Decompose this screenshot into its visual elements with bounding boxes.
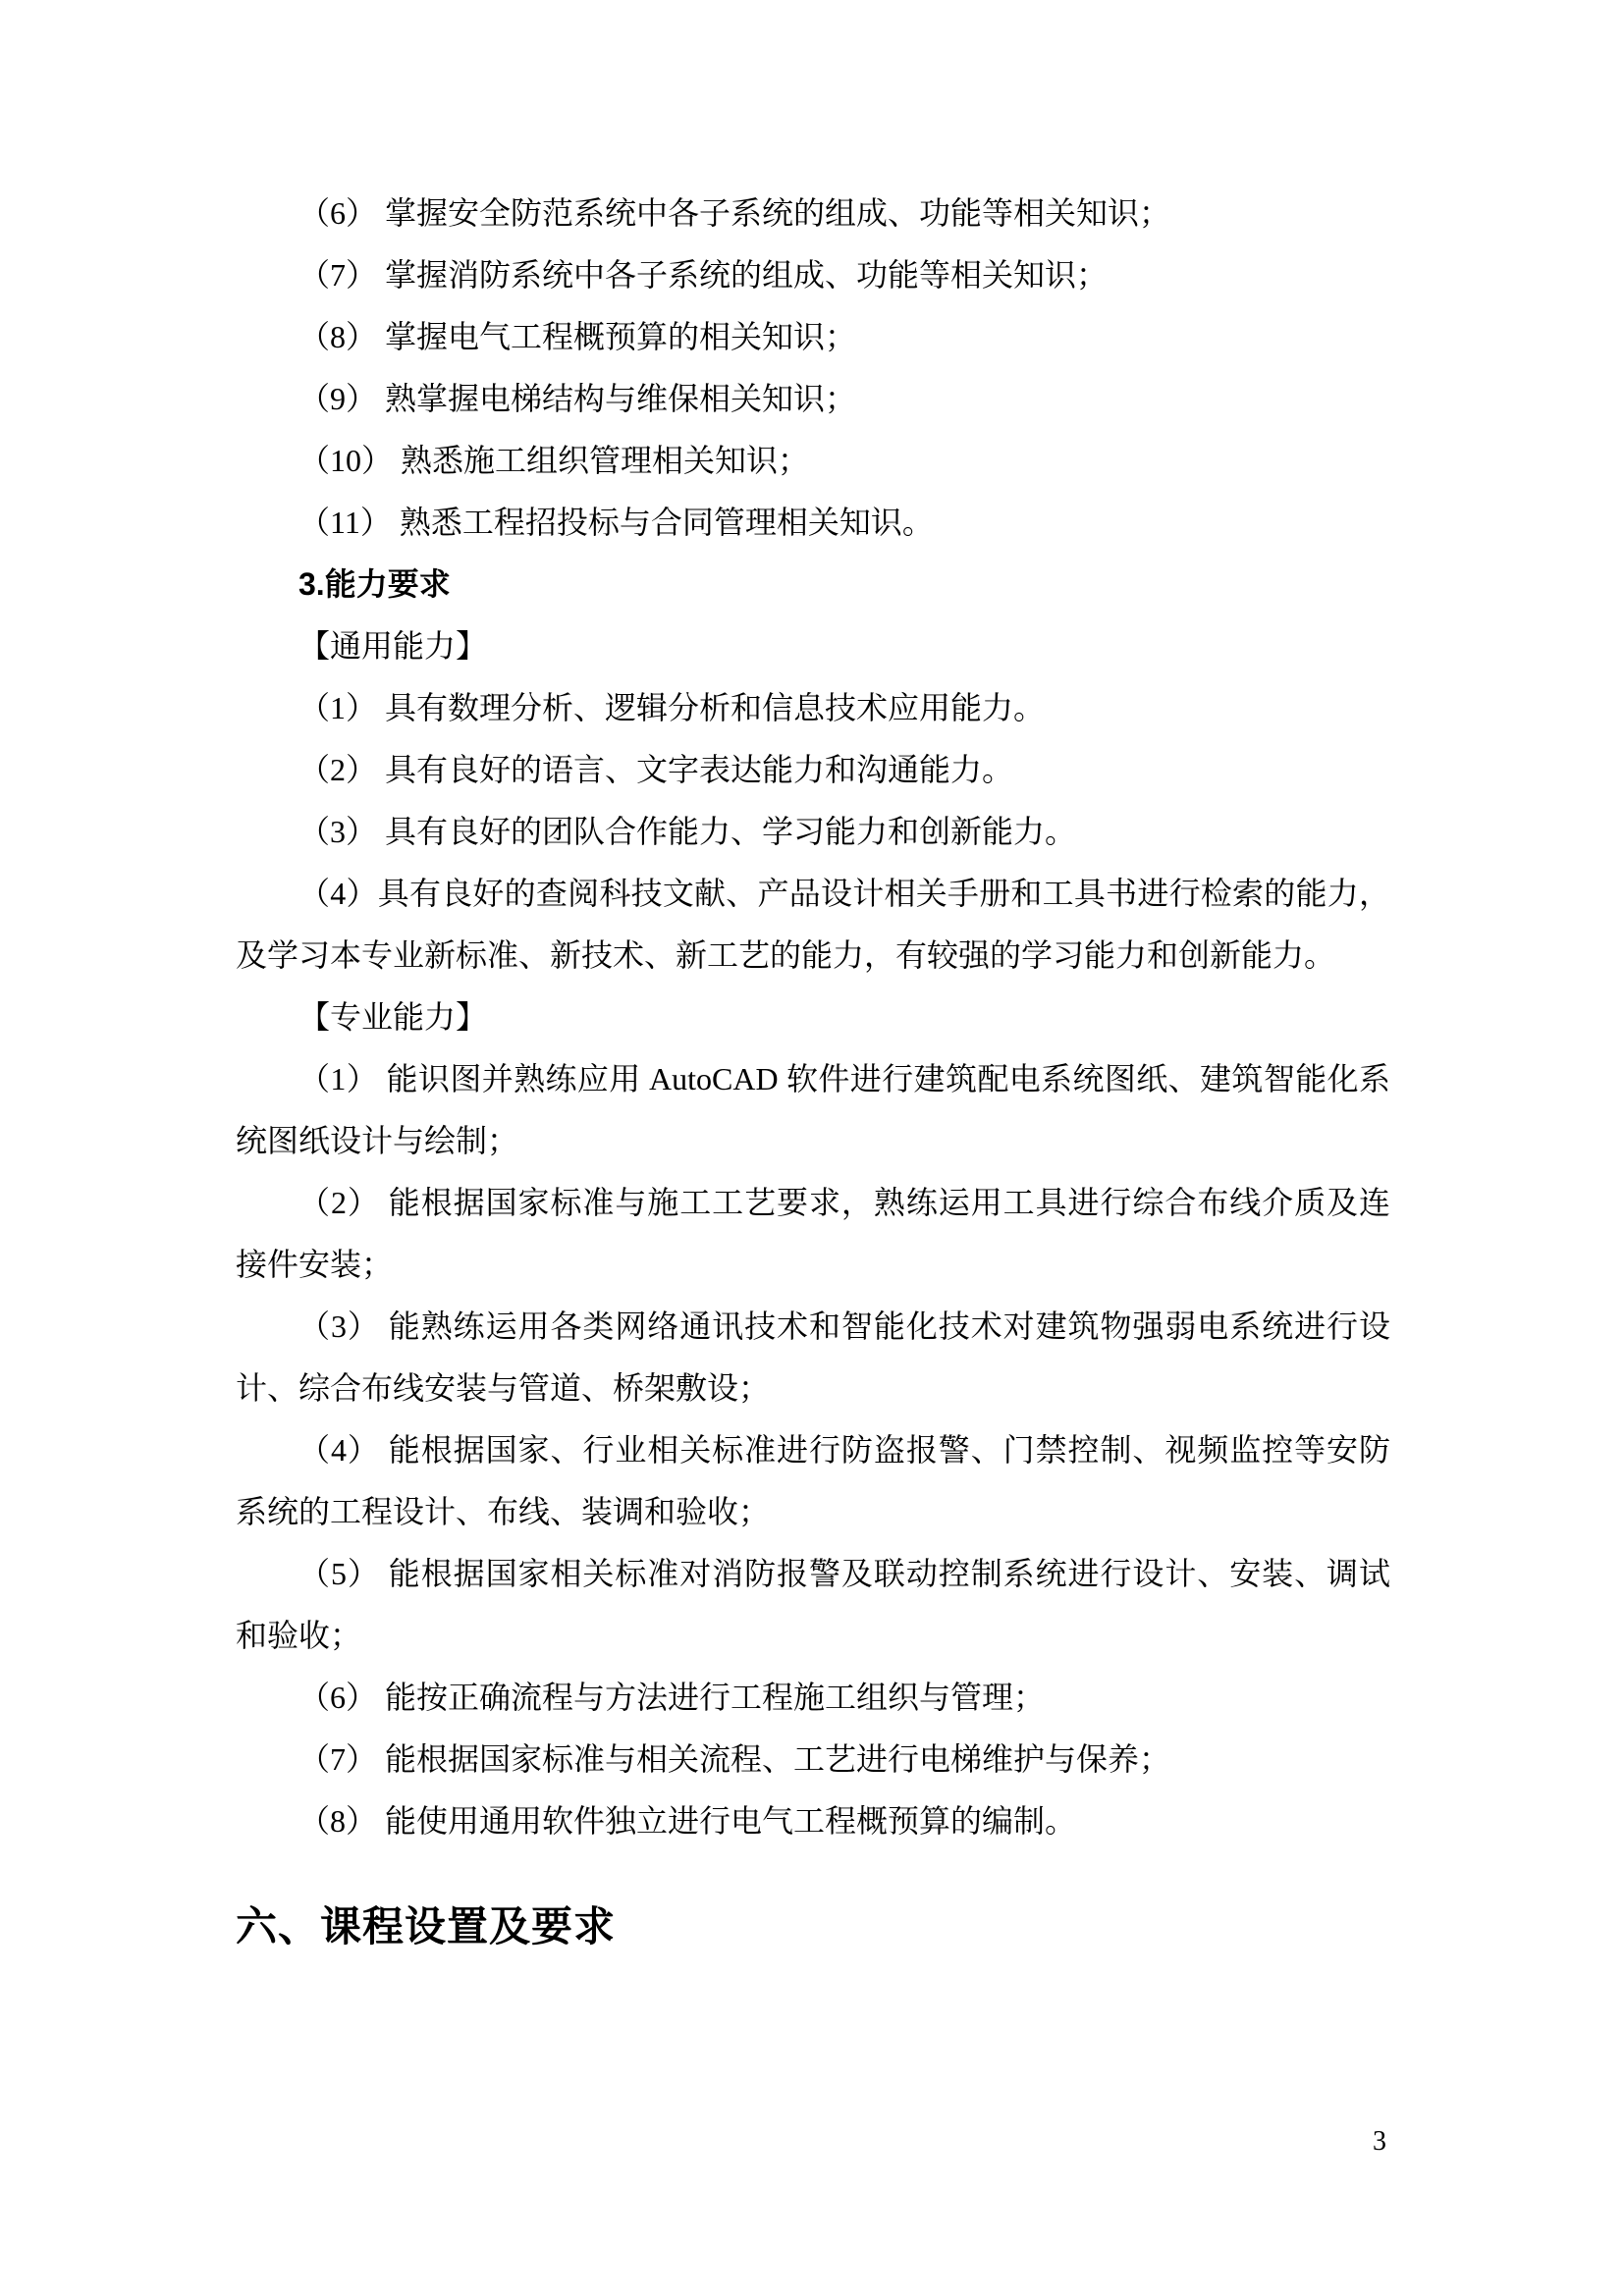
professional-ability-item-2-line-2: 接件安装； [236, 1234, 1390, 1296]
professional-ability-item-3-line-1: （3） 能熟练运用各类网络通讯技术和智能化技术对建筑物强弱电系统进行设 [236, 1296, 1390, 1358]
page-number: 3 [1373, 2122, 1386, 2162]
professional-ability-item-3-line-2: 计、综合布线安装与管道、桥架敷设； [236, 1358, 1390, 1419]
knowledge-item-9: （9） 熟掌握电梯结构与维保相关知识； [236, 368, 1390, 430]
professional-ability-item-5-line-1: （5） 能根据国家相关标准对消防报警及联动控制系统进行设计、安装、调试 [236, 1543, 1390, 1605]
professional-ability-item-2-line-1: （2） 能根据国家标准与施工工艺要求，熟练运用工具进行综合布线介质及连 [236, 1172, 1390, 1234]
knowledge-item-11: （11） 熟悉工程招投标与合同管理相关知识。 [236, 492, 1390, 554]
section-heading: 六、课程设置及要求 [236, 1896, 1390, 1957]
knowledge-item-10: （10） 熟悉施工组织管理相关知识； [236, 430, 1390, 492]
knowledge-item-8: （8） 掌握电气工程概预算的相关知识； [236, 306, 1390, 368]
professional-ability-item-4-line-1: （4） 能根据国家、行业相关标准进行防盗报警、门禁控制、视频监控等安防 [236, 1419, 1390, 1481]
professional-ability-item-6: （6） 能按正确流程与方法进行工程施工组织与管理； [236, 1667, 1390, 1729]
professional-ability-item-7: （7） 能根据国家标准与相关流程、工艺进行电梯维护与保养； [236, 1729, 1390, 1790]
general-ability-item-4-line-1: （4）具有良好的查阅科技文献、产品设计相关手册和工具书进行检索的能力， [236, 863, 1390, 925]
general-ability-item-1: （1） 具有数理分析、逻辑分析和信息技术应用能力。 [236, 677, 1390, 739]
knowledge-item-6: （6） 掌握安全防范系统中各子系统的组成、功能等相关知识； [236, 183, 1390, 244]
label-general-ability: 【通用能力】 [236, 615, 1390, 677]
subsection-heading-ability-requirements: 3.能力要求 [236, 554, 1390, 615]
document-page: （6） 掌握安全防范系统中各子系统的组成、功能等相关知识； （7） 掌握消防系统… [0, 0, 1624, 2296]
general-ability-item-4-line-2: 及学习本专业新标准、新技术、新工艺的能力，有较强的学习能力和创新能力。 [236, 925, 1390, 987]
general-ability-item-3: （3） 具有良好的团队合作能力、学习能力和创新能力。 [236, 801, 1390, 863]
professional-ability-item-5-line-2: 和验收； [236, 1605, 1390, 1667]
professional-ability-item-1-line-2: 统图纸设计与绘制； [236, 1110, 1390, 1172]
professional-ability-item-8: （8） 能使用通用软件独立进行电气工程概预算的编制。 [236, 1790, 1390, 1852]
general-ability-item-2: （2） 具有良好的语言、文字表达能力和沟通能力。 [236, 739, 1390, 801]
document-body: （6） 掌握安全防范系统中各子系统的组成、功能等相关知识； （7） 掌握消防系统… [236, 183, 1390, 1957]
professional-ability-item-4-line-2: 系统的工程设计、布线、装调和验收； [236, 1481, 1390, 1543]
professional-ability-item-1-line-1: （1） 能识图并熟练应用 AutoCAD 软件进行建筑配电系统图纸、建筑智能化系 [236, 1048, 1390, 1110]
label-professional-ability: 【专业能力】 [236, 987, 1390, 1048]
knowledge-item-7: （7） 掌握消防系统中各子系统的组成、功能等相关知识； [236, 244, 1390, 306]
